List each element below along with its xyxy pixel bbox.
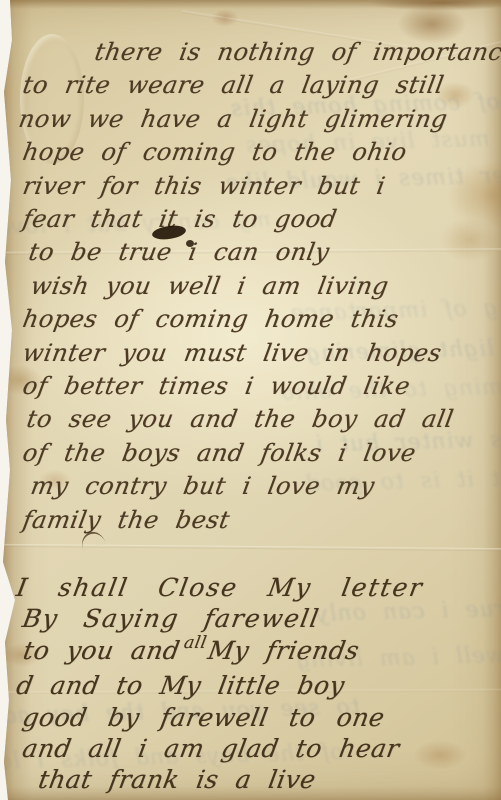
inserted-word: all xyxy=(182,633,208,653)
letter-body-paragraph: there is nothing of importance to rite w… xyxy=(20,36,497,537)
handwritten-line: there is nothing of importance xyxy=(92,36,501,69)
handwritten-line: hope of coming to the ohio xyxy=(20,136,501,169)
line-text-before-insert: to you and xyxy=(21,636,182,665)
handwritten-line: By Saying farewell xyxy=(20,603,501,634)
handwritten-line: to see you and the boy ad all xyxy=(24,403,501,436)
handwritten-line: d and to My little boy xyxy=(14,670,501,701)
handwritten-line: I shall Close My letter xyxy=(14,572,501,603)
letter-page: hopes of coming home this winter you mus… xyxy=(0,0,501,800)
handwritten-line: fear that it is to good xyxy=(20,203,501,236)
handwritten-line: that frank is a live xyxy=(36,764,501,795)
handwritten-line: my contry but i love my xyxy=(28,470,501,503)
handwritten-line-with-insertion: to you andallMy friends xyxy=(20,635,501,670)
handwritten-line: of the boys and folks i love xyxy=(20,437,501,470)
handwritten-line: of better times i would like xyxy=(20,370,501,403)
ink-blot xyxy=(186,240,194,247)
handwritten-line: to be true i can only xyxy=(26,236,501,269)
handwritten-line: good by farewell to one xyxy=(20,702,501,733)
handwritten-line: winter you must live in hopes xyxy=(20,337,501,370)
handwritten-line: to rite weare all a laying still xyxy=(20,69,501,102)
handwritten-line: now we have a light glimering xyxy=(16,103,501,136)
handwritten-line: river for this winter but i xyxy=(20,170,501,203)
handwritten-line: hopes of coming home this xyxy=(20,303,501,336)
handwritten-line: wish you well i am living xyxy=(28,270,501,303)
handwritten-line: and all i am glad to hear xyxy=(20,733,501,764)
line-text-after-insert: My friends xyxy=(206,636,362,665)
letter-closing-paragraph: I shall Close My letter By Saying farewe… xyxy=(20,572,497,796)
letter-scan: hopes of coming home this winter you mus… xyxy=(0,0,501,800)
